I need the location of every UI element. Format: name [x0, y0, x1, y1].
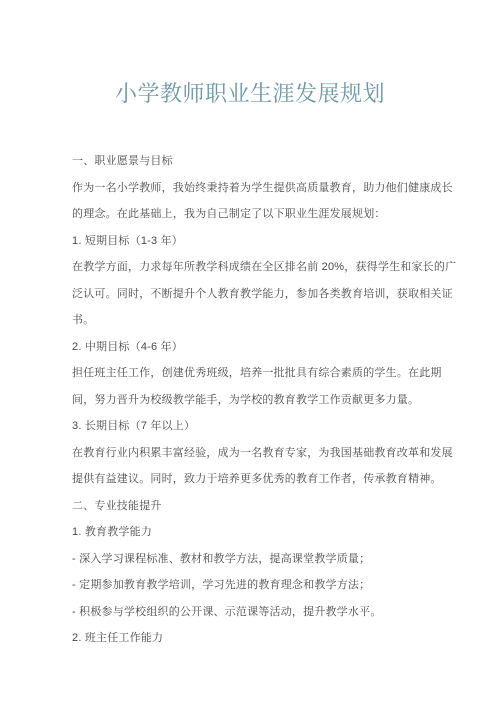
paragraph-line: 提供有益建议。同时，致力于培养更多优秀的教育工作者，传承教育精神。 [72, 466, 462, 493]
bullet-line: - 积极参与学校组织的公开课、示范课等活动，提升教学水平。 [72, 599, 462, 626]
document-body: 一、职业愿景与目标 作为一名小学教师，我始终秉持着为学生提供高质量教育，助力他们… [72, 148, 462, 652]
paragraph-line: 的理念。在此基础上，我为自己制定了以下职业生涯发展规划： [72, 201, 462, 228]
paragraph-line: 间，努力晋升为校级教学能手，为学校的教育教学工作贡献更多力量。 [72, 387, 462, 414]
paragraph-line: 泛认可。同时，不断提升个人教育教学能力，参加各类教育培训，获取相关证 [72, 281, 462, 308]
paragraph-line: 书。 [72, 307, 462, 334]
numbered-heading-line: 2. 中期目标（4-6 年） [72, 334, 462, 361]
numbered-heading-line: 1. 短期目标（1-3 年） [72, 228, 462, 255]
numbered-heading-line: 1. 教育教学能力 [72, 519, 462, 546]
numbered-heading-line: 3. 长期目标（7 年以上） [72, 413, 462, 440]
paragraph-line: 担任班主任工作，创建优秀班级，培养一批批具有综合素质的学生。在此期 [72, 360, 462, 387]
bullet-line: - 深入学习课程标准、教材和教学方法，提高课堂教学质量； [72, 546, 462, 573]
document-title: 小学教师职业生涯发展规划 [0, 82, 500, 106]
section-heading-line: 一、职业愿景与目标 [72, 148, 462, 175]
section-heading-line: 二、专业技能提升 [72, 493, 462, 520]
paragraph-line: 在教育行业内积累丰富经验，成为一名教育专家，为我国基础教育改革和发展 [72, 440, 462, 467]
paragraph-line: 在教学方面，力求每年所教学科成绩在全区排名前 20%，获得学生和家长的广 [72, 254, 462, 281]
numbered-heading-line: 2. 班主任工作能力 [72, 625, 462, 652]
paragraph-line: 作为一名小学教师，我始终秉持着为学生提供高质量教育，助力他们健康成长 [72, 175, 462, 202]
bullet-line: - 定期参加教育教学培训，学习先进的教育理念和教学方法； [72, 572, 462, 599]
document-page: 小学教师职业生涯发展规划 一、职业愿景与目标 作为一名小学教师，我始终秉持着为学… [0, 0, 500, 707]
